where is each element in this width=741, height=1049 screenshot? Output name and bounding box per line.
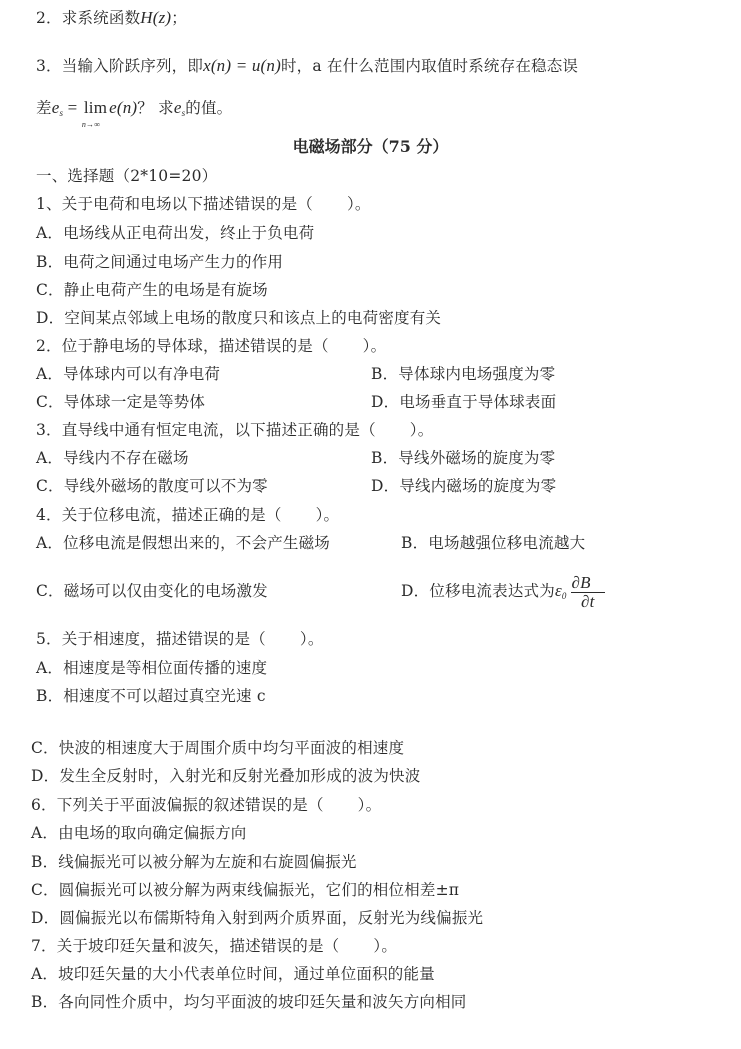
question-number: 3． [36,57,62,75]
math-step-input: x(n) = u(n) [203,56,281,75]
math-es: es [174,98,185,117]
math-partial-b-over-partial-t: ∂B⃗∂t [571,574,605,611]
question-text: 当输入阶跃序列，即 [62,57,203,75]
question-3-option-c: C．导线外磁场的散度可以不为零 [36,476,268,496]
section-title: 电磁场部分（75 分） [0,137,741,157]
question-number: 2． [36,9,62,27]
question-3-option-b: B．导线外磁场的旋度为零 [371,448,555,468]
question-7-stem: 7．关于坡印廷矢量和波矢，描述错误的是（）。 [31,936,397,956]
math-h-of-z: H(z) [140,8,171,27]
question-3-steady-state-error: 差es = limn→∞e(n)？ 求es的值。 [36,98,232,123]
question-text: 时，a 在什么范围内取值时系统存在稳态误 [281,57,578,75]
question-7-option-b: B．各向同性介质中，均匀平面波的坡印廷矢量和波矢方向相同 [31,992,467,1012]
math-equals: = [63,98,82,117]
question-text: 差 [36,99,52,117]
question-3-option-d: D．导线内磁场的旋度为零 [371,476,556,496]
question-5-option-d: D．发生全反射时，入射光和反射光叠加形成的波为快波 [31,766,420,786]
question-1-option-d: D．空间某点邻域上电场的散度只和该点上的电荷密度有关 [36,308,441,328]
question-4-option-d: D．位移电流表达式为ε0∂B⃗∂t [401,564,605,623]
question-3-option-a: A．导线内不存在磁场 [36,448,189,468]
question-5-option-b: B．相速度不可以超过真空光速 c [36,686,266,706]
question-3-stem: 3．直导线中通有恒定电流，以下描述正确的是（）。 [36,420,433,440]
question-4-stem: 4．关于位移电流，描述正确的是（）。 [36,505,339,525]
question-5-option-a: A．相速度是等相位面传播的速度 [36,658,267,678]
part-heading: 一、选择题（2*10=20） [36,166,217,186]
question-2-option-a: A．导体球内可以有净电荷 [36,364,220,384]
question-6-option-b: B．线偏振光可以被分解为左旋和右旋圆偏振光 [31,852,357,872]
question-4-option-a: A．位移电流是假想出来的，不会产生磁场 [36,533,330,553]
question-2-option-d: D．电场垂直于导体球表面 [371,392,556,412]
math-es: es [52,98,63,117]
question-6-option-a: A．由电场的取向确定偏振方向 [31,823,247,843]
question-1-stem: 1、关于电荷和电场以下描述错误的是（）。 [36,194,371,214]
question-7-option-a: A．坡印廷矢量的大小代表单位时间，通过单位面积的能量 [31,964,435,984]
math-e-of-n: e(n) [109,98,137,117]
question-2-option-b: B．导体球内电场强度为零 [371,364,555,384]
question-1-option-a: A．电场线从正电荷出发，终止于负电荷 [36,223,314,243]
math-epsilon-zero: ε0 [555,581,567,600]
question-text: 的值。 [185,99,232,117]
question-4-option-c: C．磁场可以仅由变化的电场激发 [36,581,268,601]
question-6-option-c: C．圆偏振光可以被分解为两束线偏振光，它们的相位相差±π [31,880,459,900]
question-1-option-c: C．静止电荷产生的电场是有旋场 [36,280,268,300]
math-limit: limn→∞ [84,98,107,118]
question-5-option-c: C．快波的相速度大于周围介质中均匀平面波的相速度 [31,738,404,758]
question-6-option-d: D．圆偏振光以布儒斯特角入射到两介质界面，反射光为线偏振光 [31,908,483,928]
question-text: ？ 求 [137,99,174,117]
question-text: 求系统函数 [62,9,141,27]
punctuation: ； [171,9,187,27]
question-5-stem: 5．关于相速度，描述错误的是（）。 [36,629,324,649]
question-2-option-c: C．导体球一定是等势体 [36,392,205,412]
question-3-step-input: 3．当输入阶跃序列，即x(n) = u(n)时，a 在什么范围内取值时系统存在稳… [36,56,578,76]
question-6-stem: 6．下列关于平面波偏振的叙述错误的是（）。 [31,795,381,815]
question-2-stem: 2．位于静电场的导体球，描述错误的是（）。 [36,336,386,356]
question-2-system-function: 2．求系统函数H(z)； [36,8,187,28]
question-1-option-b: B．电荷之间通过电场产生力的作用 [36,252,283,272]
question-4-option-b: B．电场越强位移电流越大 [401,533,585,553]
